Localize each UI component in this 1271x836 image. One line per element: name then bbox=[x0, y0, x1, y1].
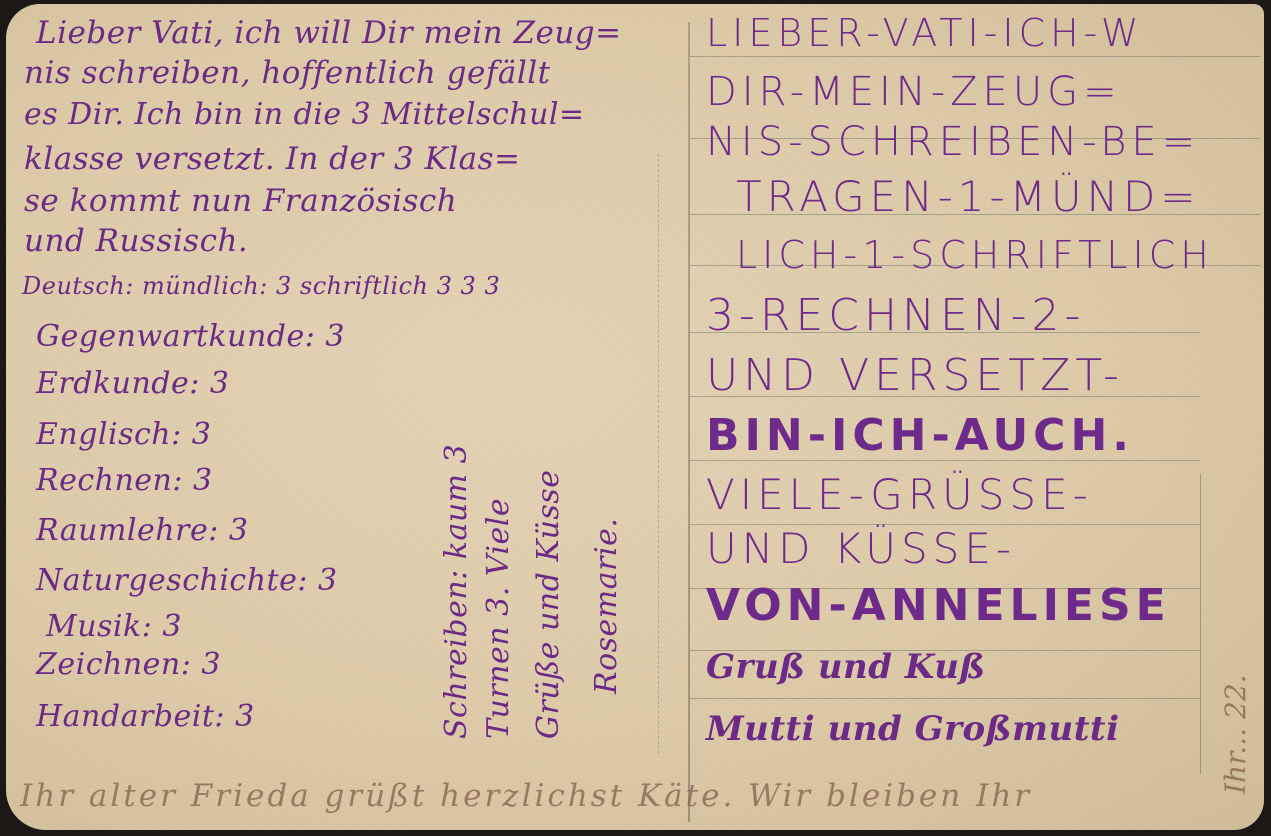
pencil-note-bottom: Ihr alter Frieda grüßt herzlichst Käte. … bbox=[20, 778, 1032, 814]
grade-value: 3 bbox=[201, 647, 221, 682]
caps-line-3: NIS-SCHREIBEN-BE= bbox=[706, 122, 1200, 162]
grade-row: Englisch: 3 bbox=[36, 420, 211, 450]
grade-value: 3 bbox=[229, 513, 249, 548]
letter-line-1: Lieber Vati, ich will Dir mein Zeug= bbox=[36, 18, 622, 49]
caps-line-6: 3-RECHNEN-2- bbox=[706, 294, 1085, 338]
grade-value: 3 bbox=[192, 417, 212, 452]
grade-row: Handarbeit: 3 bbox=[36, 702, 255, 732]
grade-subject: Naturgeschichte bbox=[36, 563, 297, 598]
grade-subject: Englisch bbox=[36, 417, 171, 452]
caps-line-11-signature: VON-ANNELIESE bbox=[706, 584, 1171, 628]
grade-row: Raumlehre: 3 bbox=[36, 516, 248, 546]
grade-row: Gegenwartkunde: 3 bbox=[36, 322, 345, 352]
caps-line-9: VIELE-GRÜSSE- bbox=[706, 474, 1093, 516]
grade-value: 3 bbox=[193, 463, 213, 498]
caps-line-10: UND KÜSSE- bbox=[706, 528, 1016, 570]
postcard: Lieber Vati, ich will Dir mein Zeug= nis… bbox=[6, 4, 1264, 830]
ruled-vertical-line bbox=[1200, 474, 1201, 774]
letter-line-3: es Dir. Ich bin in die 3 Mittelschul= bbox=[24, 100, 585, 130]
vertical-note-signature: Rosemarie. bbox=[592, 518, 622, 694]
vertical-note-1: Schreiben: kaum 3 bbox=[442, 444, 472, 739]
caps-line-5: LICH-1-SCHRIFTLICH bbox=[736, 236, 1214, 274]
grade-row: Musik: 3 bbox=[46, 612, 182, 642]
grade-subject: Gegenwartkunde bbox=[36, 319, 305, 354]
ruled-line bbox=[690, 698, 1200, 699]
grade-value: 3 bbox=[162, 609, 182, 644]
letter-line-2: nis schreiben, hoffentlich gefällt bbox=[24, 58, 551, 89]
caps-line-1: LIEBER-VATI-ICH-W bbox=[706, 14, 1143, 52]
letter-line-4: klasse versetzt. In der 3 Klas= bbox=[24, 144, 521, 175]
grade-value: 3 bbox=[235, 699, 255, 734]
grade-row: Rechnen: 3 bbox=[36, 466, 213, 496]
vertical-note-2: Turnen 3. Viele bbox=[484, 498, 514, 739]
grade-value: 3 bbox=[210, 366, 230, 401]
ruled-line bbox=[690, 56, 1260, 57]
letter-line-6: und Russisch. bbox=[24, 226, 248, 257]
grade-subject: Zeichnen bbox=[36, 647, 181, 682]
grade-row: Erdkunde: 3 bbox=[36, 369, 229, 399]
caps-line-2: DIR-MEIN-ZEUG= bbox=[706, 72, 1122, 112]
caps-line-4: TRAGEN-1-MÜND= bbox=[736, 176, 1201, 218]
faint-dotted-line bbox=[658, 154, 660, 754]
caps-line-8: BIN-ICH-AUCH. bbox=[706, 414, 1134, 458]
grades-header-deutsch: Deutsch: mündlich: 3 schriftlich 3 3 3 bbox=[22, 274, 500, 298]
vertical-note-3: Grüße und Küsse bbox=[534, 470, 564, 739]
pencil-note-right-edge: Ihr... 22. bbox=[1222, 674, 1250, 794]
grade-value: 3 bbox=[325, 319, 345, 354]
grade-subject: Rechnen bbox=[36, 463, 172, 498]
caps-line-7: UND VERSETZT- bbox=[706, 354, 1124, 398]
grade-value: 3 bbox=[318, 563, 338, 598]
grade-subject: Raumlehre bbox=[36, 513, 208, 548]
grade-subject: Handarbeit bbox=[36, 699, 214, 734]
letter-line-5: se kommt nun Französisch bbox=[24, 186, 457, 217]
grade-row: Naturgeschichte: 3 bbox=[36, 566, 338, 596]
cursive-greeting-2-signature: Mutti und Großmutti bbox=[706, 712, 1120, 746]
center-divider-line bbox=[688, 22, 690, 822]
cursive-greeting-1: Gruß und Kuß bbox=[706, 650, 986, 684]
grade-subject: Erdkunde bbox=[36, 366, 189, 401]
grade-subject: Musik bbox=[46, 609, 142, 644]
grade-row: Zeichnen: 3 bbox=[36, 650, 221, 680]
